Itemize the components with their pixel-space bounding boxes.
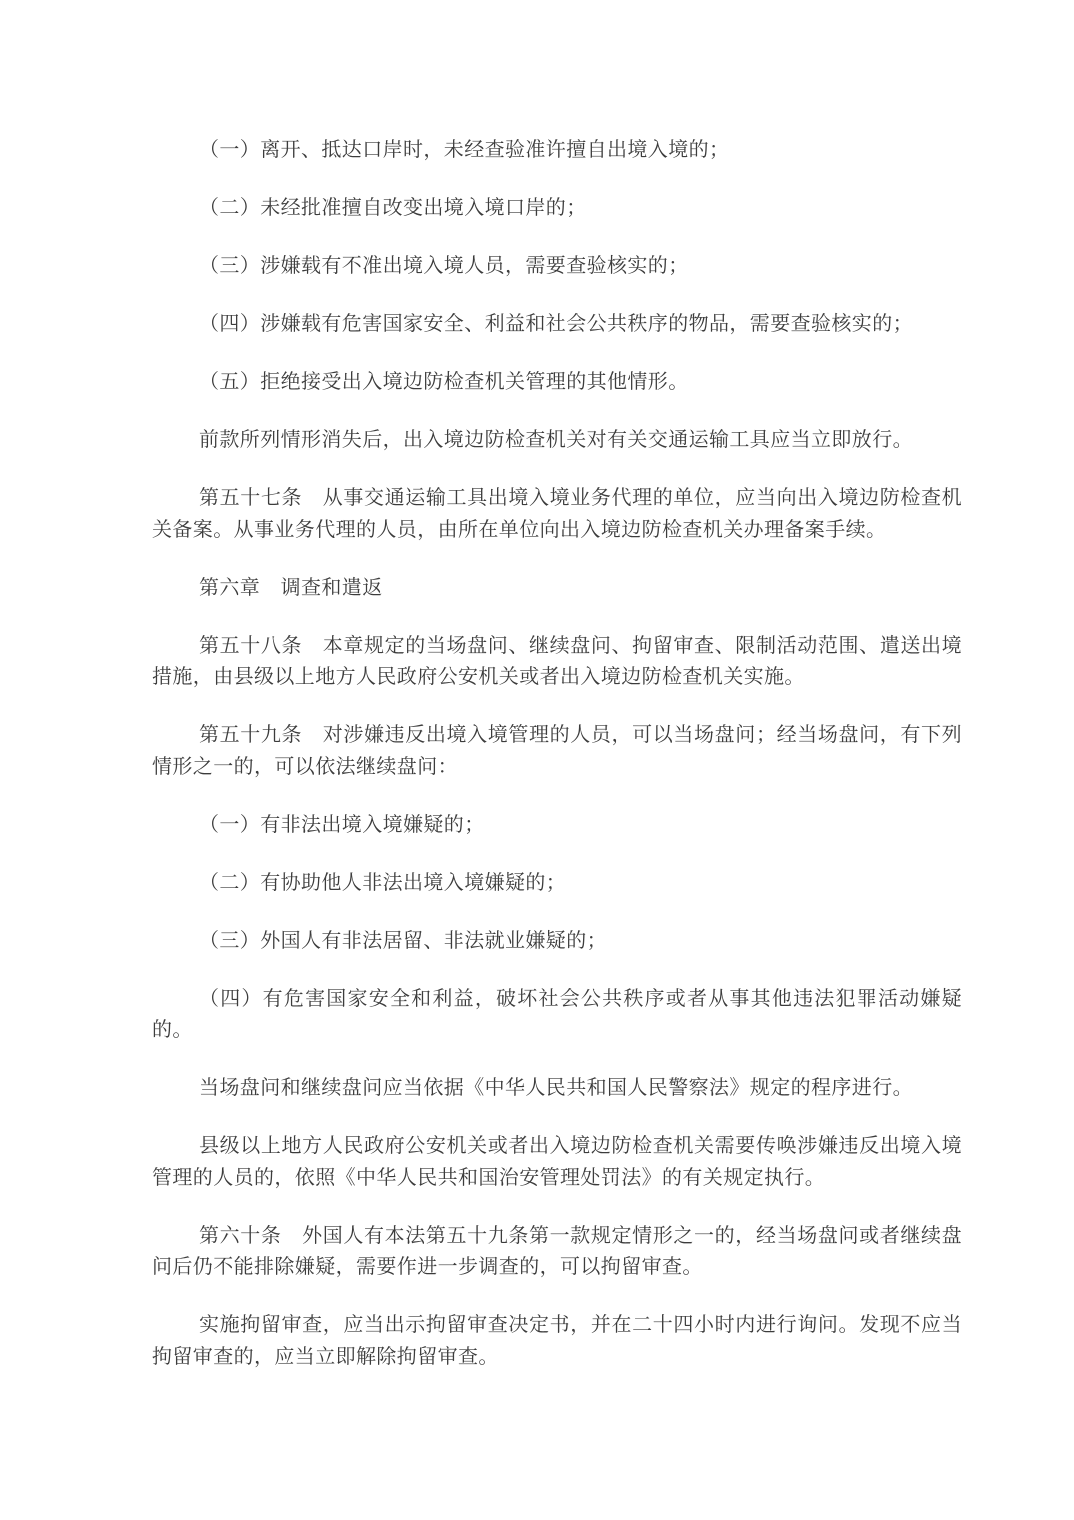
article-paragraph: 前款所列情形消失后，出入境边防检查机关对有关交通运输工具应当立即放行。 (152, 425, 962, 457)
document-page: （一）离开、抵达口岸时，未经查验准许擅自出境入境的；（二）未经批准擅自改变出境入… (0, 0, 1074, 1520)
list-item: （四）有危害国家安全和利益，破坏社会公共秩序或者从事其他违法犯罪活动嫌疑的。 (152, 984, 962, 1047)
article-paragraph: 县级以上地方人民政府公安机关或者出入境边防检查机关需要传唤涉嫌违反出境入境管理的… (152, 1131, 962, 1194)
list-item: （二）未经批准擅自改变出境入境口岸的； (152, 193, 962, 225)
list-item: （三）涉嫌载有不准出境入境人员，需要查验核实的； (152, 251, 962, 283)
article-paragraph: 第五十八条 本章规定的当场盘问、继续盘问、拘留审查、限制活动范围、遣送出境措施，… (152, 631, 962, 694)
article-paragraph: 第五十九条 对涉嫌违反出境入境管理的人员，可以当场盘问；经当场盘问，有下列情形之… (152, 720, 962, 783)
list-item: （五）拒绝接受出入境边防检查机关管理的其他情形。 (152, 367, 962, 399)
list-item: （二）有协助他人非法出境入境嫌疑的； (152, 868, 962, 900)
list-item: （一）离开、抵达口岸时，未经查验准许擅自出境入境的； (152, 135, 962, 167)
list-item: （一）有非法出境入境嫌疑的； (152, 810, 962, 842)
chapter-heading: 第六章 调查和遣返 (152, 573, 962, 605)
article-paragraph: 第六十条 外国人有本法第五十九条第一款规定情形之一的，经当场盘问或者继续盘问后仍… (152, 1221, 962, 1284)
article-paragraph: 第五十七条 从事交通运输工具出境入境业务代理的单位，应当向出入境边防检查机关备案… (152, 483, 962, 546)
article-paragraph: 实施拘留审查，应当出示拘留审查决定书，并在二十四小时内进行询问。发现不应当拘留审… (152, 1310, 962, 1373)
list-item: （三）外国人有非法居留、非法就业嫌疑的； (152, 926, 962, 958)
article-paragraph: 当场盘问和继续盘问应当依据《中华人民共和国人民警察法》规定的程序进行。 (152, 1073, 962, 1105)
document-body: （一）离开、抵达口岸时，未经查验准许擅自出境入境的；（二）未经批准擅自改变出境入… (152, 135, 962, 1373)
list-item: （四）涉嫌载有危害国家安全、利益和社会公共秩序的物品，需要查验核实的； (152, 309, 962, 341)
